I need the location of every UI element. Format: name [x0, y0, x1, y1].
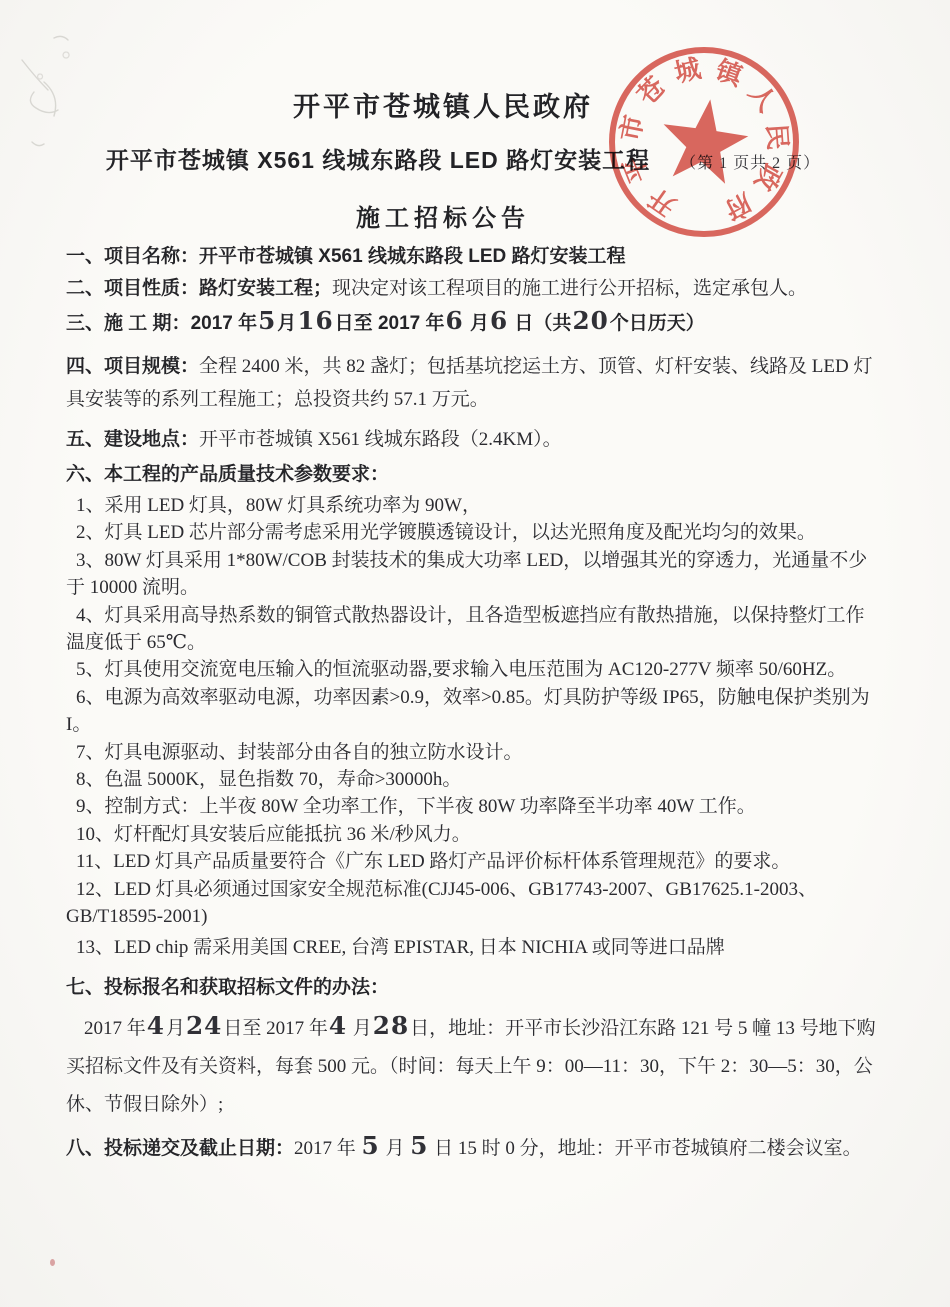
handwritten-text: 24 [185, 1011, 223, 1040]
handwritten-text: 4 [328, 1011, 348, 1040]
red-ink-speck [50, 1259, 55, 1266]
scanned-document-page: 开平市苍城镇人民政府 开平市苍城镇 X561 线城东路段 LED 路灯安装工程 … [0, 0, 950, 1307]
tech-requirement-item: 1、采用 LED 灯具，80W 灯具系统功率为 90W， [66, 492, 880, 519]
handwritten-text: 6 [489, 306, 509, 335]
doc-title: 施工招标公告 [66, 205, 820, 233]
project-title: 开平市苍城镇 X561 线城东路段 LED 路灯安装工程 [106, 147, 650, 173]
org-title: 开平市苍城镇人民政府 [66, 92, 820, 122]
section-bid-registration-body: 2017 年4月24日至 2017 年4 月28日，地址：开平市长沙沿江东路 1… [66, 1010, 880, 1124]
text-segment: 日（共 [509, 313, 571, 334]
tech-requirement-item: 13、LED chip 需采用美国 CREE, 台湾 EPISTAR, 日本 N… [66, 934, 880, 961]
tech-requirement-item: 4、灯具采用高导热系数的铜管式散热器设计，且各造型板遮挡应有散热措施，以保持整灯… [66, 602, 880, 657]
text-segment: 月 [348, 1018, 372, 1039]
section-bid-deadline: 八、投标递交及截止日期：2017 年 5 月 5 日 15 时 0 分，地址：开… [66, 1131, 880, 1167]
text-segment: 月 [465, 313, 489, 334]
handwritten-text: 16 [296, 306, 334, 335]
section-construction-period: 三、施 工 期：2017 年5月16日至 2017 年6 月6 日（共20个日历… [66, 308, 880, 339]
handwritten-text: 5 [257, 306, 277, 335]
section-bid-registration-heading: 七、投标报名和获取招标文件的办法： [66, 974, 880, 1001]
text-segment: 2017 年 [191, 313, 258, 334]
text-segment: 八、投标递交及截止日期： [66, 1138, 294, 1159]
text-segment: 六、本工程的产品质量技术参数要求： [66, 464, 389, 485]
text-segment: 2017 年 [294, 1138, 361, 1159]
text-segment: 日至 2017 年 [335, 313, 445, 334]
handwritten-text: 5 [409, 1131, 429, 1160]
tech-requirement-item: 11、LED 灯具产品质量要符合《广东 LED 路灯产品评价标杆体系管理规范》的… [66, 848, 880, 875]
text-segment: 日 15 时 0 分，地址：开平市苍城镇府二楼会议室。 [429, 1138, 861, 1159]
text-segment: 路灯安装工程； [199, 278, 332, 299]
text-segment: 四、项目规模： [66, 356, 199, 377]
text-segment: 五、建设地点： [66, 429, 199, 450]
tech-requirement-item: 5、灯具使用交流宽电压输入的恒流驱动器,要求输入电压范围为 AC120-277V… [66, 656, 880, 683]
handwritten-text: 5 [361, 1131, 381, 1160]
handwritten-text: 28 [372, 1011, 410, 1040]
text-segment: 开平市苍城镇 X561 线城东路段 LED 路灯安装工程 [199, 246, 626, 267]
text-segment: 七、投标报名和获取招标文件的办法： [66, 977, 389, 998]
tech-requirement-item: 9、控制方式：上半夜 80W 全功率工作，下半夜 80W 功率降至半功率 40W… [66, 793, 880, 820]
text-segment: 开平市苍城镇 X561 线城东路段（2.4KM）。 [199, 429, 562, 450]
section-location: 五、建设地点：开平市苍城镇 X561 线城东路段（2.4KM）。 [66, 426, 880, 453]
text-segment: 日至 2017 年 [223, 1018, 328, 1039]
project-title-line: 开平市苍城镇 X561 线城东路段 LED 路灯安装工程 （第 1 页共 2 页… [46, 146, 880, 178]
text-segment: 一、项目名称： [66, 246, 199, 267]
text-segment: 三、施 工 期： [66, 313, 191, 334]
tech-requirement-item: 7、灯具电源驱动、封装部分由各自的独立防水设计。 [66, 739, 880, 766]
tech-requirement-item: 3、80W 灯具采用 1*80W/COB 封装技术的集成大功率 LED，以增强其… [66, 547, 880, 602]
text-segment: 月 [277, 313, 296, 334]
page-indicator: （第 1 页共 2 页） [680, 155, 820, 172]
handwritten-text: 4 [146, 1011, 166, 1040]
handwritten-text: 6 [445, 306, 465, 335]
text-segment: 月 [381, 1138, 410, 1159]
text-segment: 二、项目性质： [66, 278, 199, 299]
section-project-nature: 二、项目性质：路灯安装工程；现决定对该工程项目的施工进行公开招标，选定承包人。 [66, 275, 880, 302]
handwritten-text: 20 [571, 306, 609, 335]
section-tech-requirements-heading: 六、本工程的产品质量技术参数要求： [66, 461, 880, 488]
text-segment: 2017 年 [84, 1018, 146, 1039]
document-body: 一、项目名称：开平市苍城镇 X561 线城东路段 LED 路灯安装工程 二、项目… [66, 243, 880, 1167]
text-segment: 月 [166, 1018, 185, 1039]
section-project-scale: 四、项目规模：全程 2400 米，共 82 盏灯；包括基坑挖运土方、顶管、灯杆安… [66, 350, 880, 416]
text-segment: 现决定对该工程项目的施工进行公开招标，选定承包人。 [332, 278, 807, 299]
text-segment: 个日历天） [610, 313, 705, 334]
section-project-name: 一、项目名称：开平市苍城镇 X561 线城东路段 LED 路灯安装工程 [66, 243, 880, 270]
document-content: 开平市苍城镇人民政府 开平市苍城镇 X561 线城东路段 LED 路灯安装工程 … [0, 0, 950, 1167]
tech-requirement-item: 6、电源为高效率驱动电源，功率因素>0.9，效率>0.85。灯具防护等级 IP6… [66, 684, 880, 739]
tech-requirement-item: 8、色温 5000K，显色指数 70，寿命>30000h。 [66, 766, 880, 793]
tech-requirement-item: 2、灯具 LED 芯片部分需考虑采用光学镀膜透镜设计，以达光照角度及配光均匀的效… [66, 519, 880, 546]
tech-requirements-list: 1、采用 LED 灯具，80W 灯具系统功率为 90W， 2、灯具 LED 芯片… [66, 492, 880, 961]
tech-requirement-item: 10、灯杆配灯具安装后应能抵抗 36 米/秒风力。 [66, 821, 880, 848]
tech-requirement-item: 12、LED 灯具必须通过国家安全规范标准(CJJ45-006、GB17743-… [66, 876, 880, 931]
